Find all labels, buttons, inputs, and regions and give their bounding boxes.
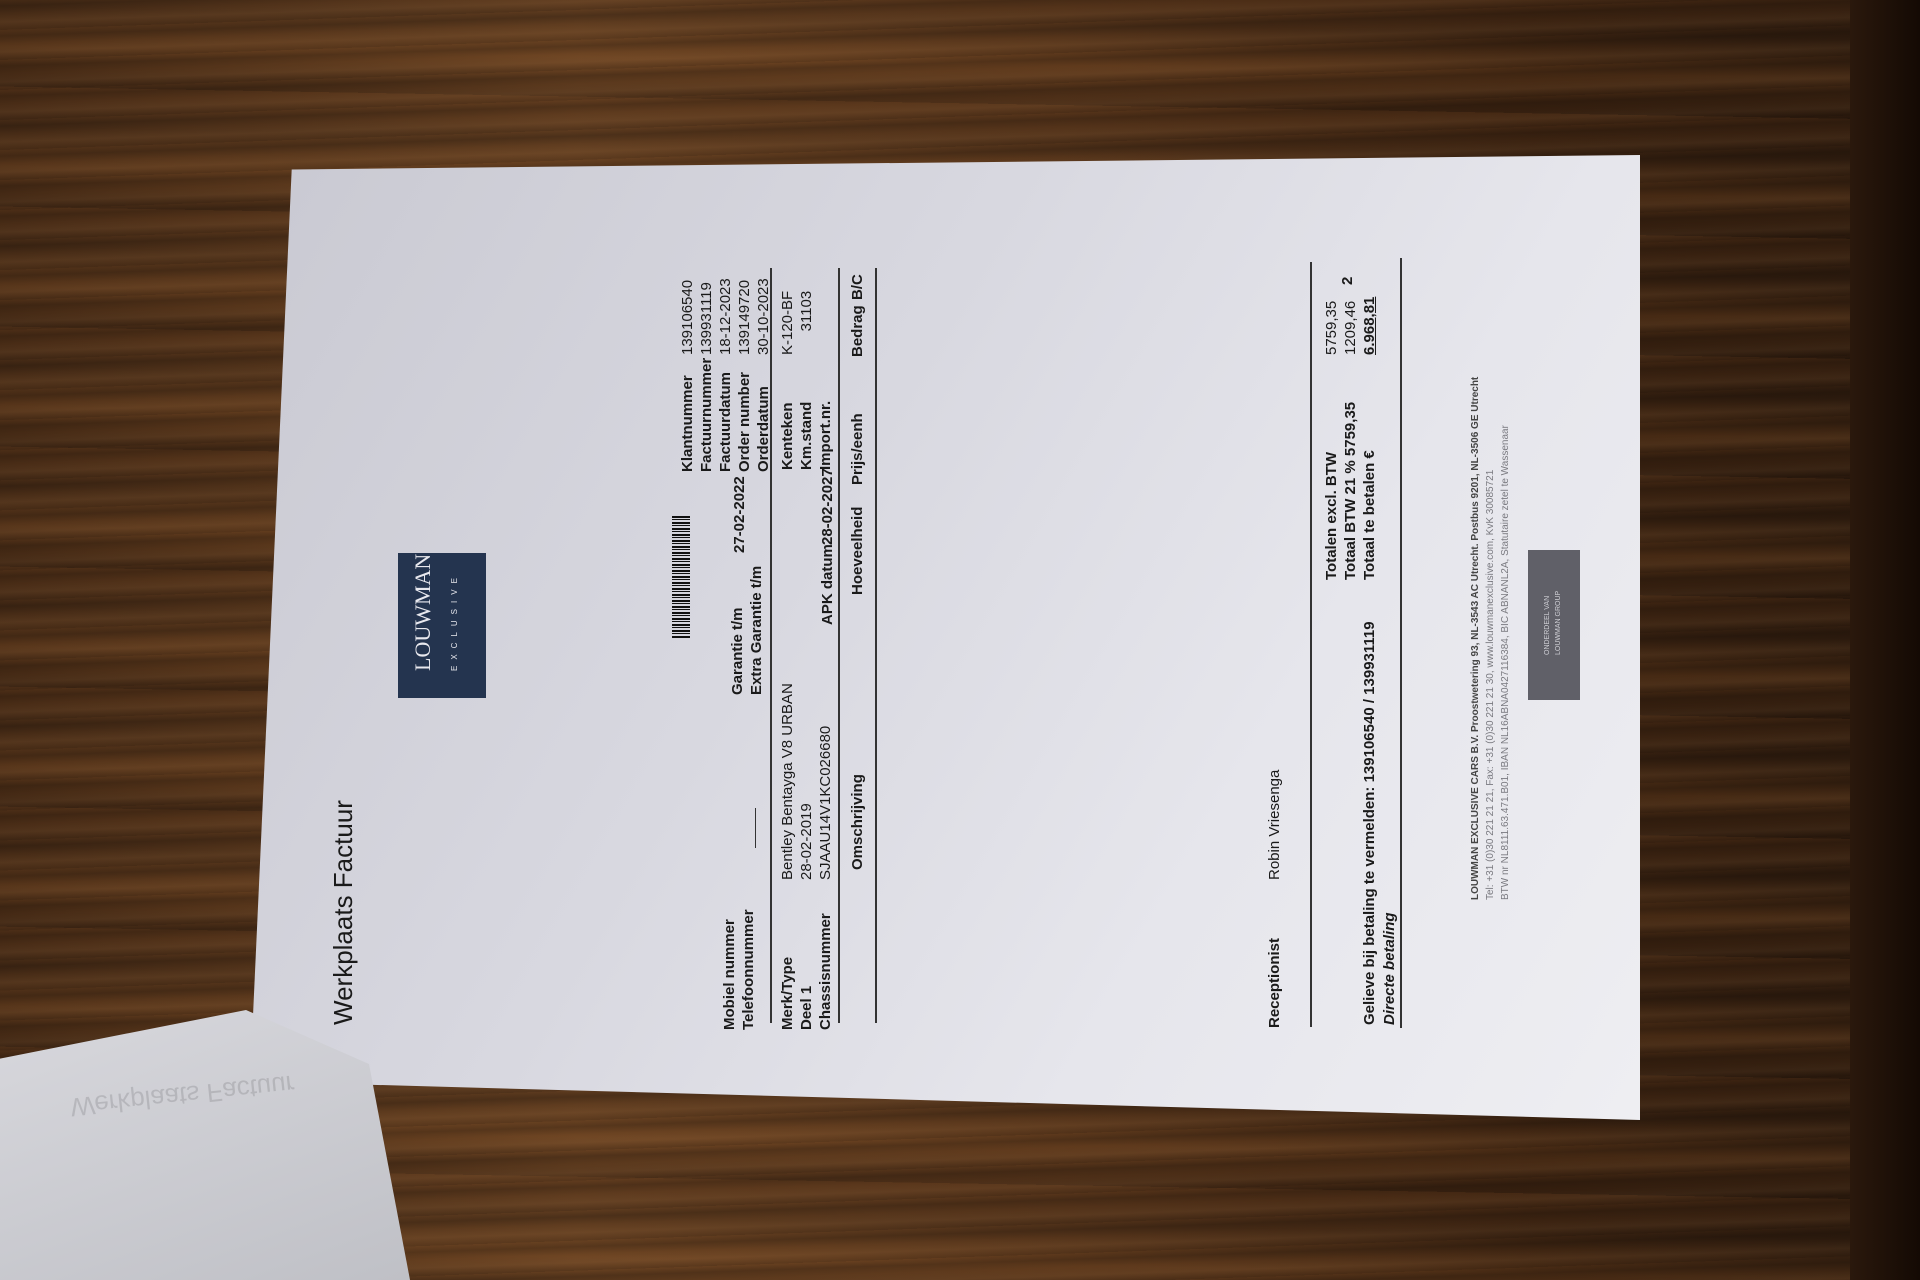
divider-2: [838, 268, 840, 1023]
value-merk-type: Bentley Bentayga V8 URBAN: [778, 683, 797, 880]
divider-5: [1400, 258, 1402, 1028]
label-totaal-betalen: Totaal te betalen €: [1360, 402, 1379, 580]
phone-underline: [755, 808, 756, 848]
header-labels: Klantnummer Factuurnummer Factuurdatum O…: [678, 358, 773, 472]
louwman-group-badge: ONDERDEEL VAN LOUWMAN GROUP: [1528, 550, 1580, 700]
apk-value: 28-02-2027: [818, 468, 837, 545]
header-values: 139106540 139931119 18-12-2023 139149720…: [678, 278, 773, 355]
value-order-number: 139149720: [735, 278, 754, 355]
value-deel-1: 28-02-2019: [797, 683, 816, 880]
louwman-logo: LOUWMAN EXCLUSIVE: [398, 553, 486, 698]
vehicle-right-values: K-120-BF 31103: [778, 291, 816, 355]
badge-line-2: LOUWMAN GROUP: [1553, 591, 1564, 655]
footer-line-3: BTW nr NL8111.63.471.B01, IBAN NL16ABNA0…: [1498, 377, 1513, 900]
payment-note: Gelieve bij betaling te vermelden: 13910…: [1360, 621, 1379, 1025]
vehicle-values: Bentley Bentayga V8 URBAN 28-02-2019 SJA…: [778, 683, 835, 880]
label-order-number: Order number: [735, 358, 754, 472]
logo-brand: LOUWMAN: [410, 554, 436, 671]
label-totaal-btw: Totaal BTW 21 % 5759,35: [1341, 402, 1360, 580]
value-chassis: SJAAU14V1KC026680: [816, 683, 835, 880]
label-garantie: Garantie t/m: [728, 566, 747, 695]
label-extra-garantie: Extra Garantie t/m: [747, 566, 766, 695]
apk-label: APK datum: [818, 544, 837, 625]
value-kmstand: 31103: [797, 291, 816, 355]
garantie-value: 27-02-2022: [730, 476, 749, 553]
badge-text: ONDERDEEL VAN LOUWMAN GROUP: [1542, 591, 1564, 655]
label-import: Import.nr.: [816, 401, 835, 470]
label-totalen-excl: Totalen excl. BTW: [1322, 402, 1341, 580]
document-title: Werkplaats Factuur: [328, 800, 359, 1025]
totals-labels: Totalen excl. BTW Totaal BTW 21 % 5759,3…: [1322, 402, 1379, 580]
value-factuurdatum: 18-12-2023: [716, 278, 735, 355]
value-factuurnummer: 139931119: [697, 278, 716, 355]
table-edge: [1850, 0, 1920, 1280]
receptionist-label: Receptionist: [1265, 938, 1284, 1028]
value-klantnummer: 139106540: [678, 278, 697, 355]
th-bc: B/C: [848, 274, 867, 300]
divider-1: [770, 268, 772, 1023]
barcode-icon: [672, 516, 690, 638]
vehicle-labels: Merk/Type Deel 1 Chassisnummer: [778, 913, 835, 1030]
value-kenteken: K-120-BF: [778, 291, 797, 355]
label-merk-type: Merk/Type: [778, 913, 797, 1030]
btw-code: 2: [1338, 277, 1357, 285]
contact-labels: Mobiel nummer Telefoonnummer: [720, 909, 758, 1030]
label-factuurdatum: Factuurdatum: [716, 358, 735, 472]
th-prijs: Prijs/eenh: [848, 413, 867, 485]
label-mobiel: Mobiel nummer: [720, 909, 739, 1030]
footer-line-2: Tel: +31 (0)30 221 21 21, Fax: +31 (0)30…: [1483, 377, 1498, 900]
label-klantnummer: Klantnummer: [678, 358, 697, 472]
badge-line-1: ONDERDEEL VAN: [1542, 591, 1553, 655]
label-kmstand: Km.stand: [797, 401, 816, 470]
divider-3: [875, 268, 877, 1023]
th-omschrijving: Omschrijving: [848, 774, 867, 870]
label-telefoon: Telefoonnummer: [739, 909, 758, 1030]
payment-method: Directe betaling: [1380, 912, 1399, 1025]
label-kenteken: Kenteken: [778, 401, 797, 470]
th-hoeveelheid: Hoeveelheid: [848, 507, 867, 595]
label-chassis: Chassisnummer: [816, 913, 835, 1030]
value-totaal-betalen: 6.968,81: [1360, 297, 1379, 355]
label-deel-1: Deel 1: [797, 913, 816, 1030]
receptionist-name: Robin Vriesenga: [1265, 770, 1284, 880]
logo-sub: EXCLUSIVE: [450, 572, 459, 671]
value-totaal-btw: 1209,46: [1341, 297, 1360, 355]
label-factuurnummer: Factuurnummer: [697, 358, 716, 472]
totals-values: 5759,35 1209,46 6.968,81: [1322, 297, 1379, 355]
vehicle-right-labels: Kenteken Km.stand Import.nr.: [778, 401, 835, 470]
th-bedrag: Bedrag: [848, 305, 867, 357]
footer-line-1: LOUWMAN EXCLUSIVE CARS B.V. Proostweteri…: [1468, 377, 1483, 900]
value-totalen-excl: 5759,35: [1322, 297, 1341, 355]
company-footer: LOUWMAN EXCLUSIVE CARS B.V. Proostweteri…: [1468, 377, 1513, 900]
garantie-labels: Garantie t/m Extra Garantie t/m: [728, 566, 766, 695]
divider-4: [1310, 262, 1312, 1027]
